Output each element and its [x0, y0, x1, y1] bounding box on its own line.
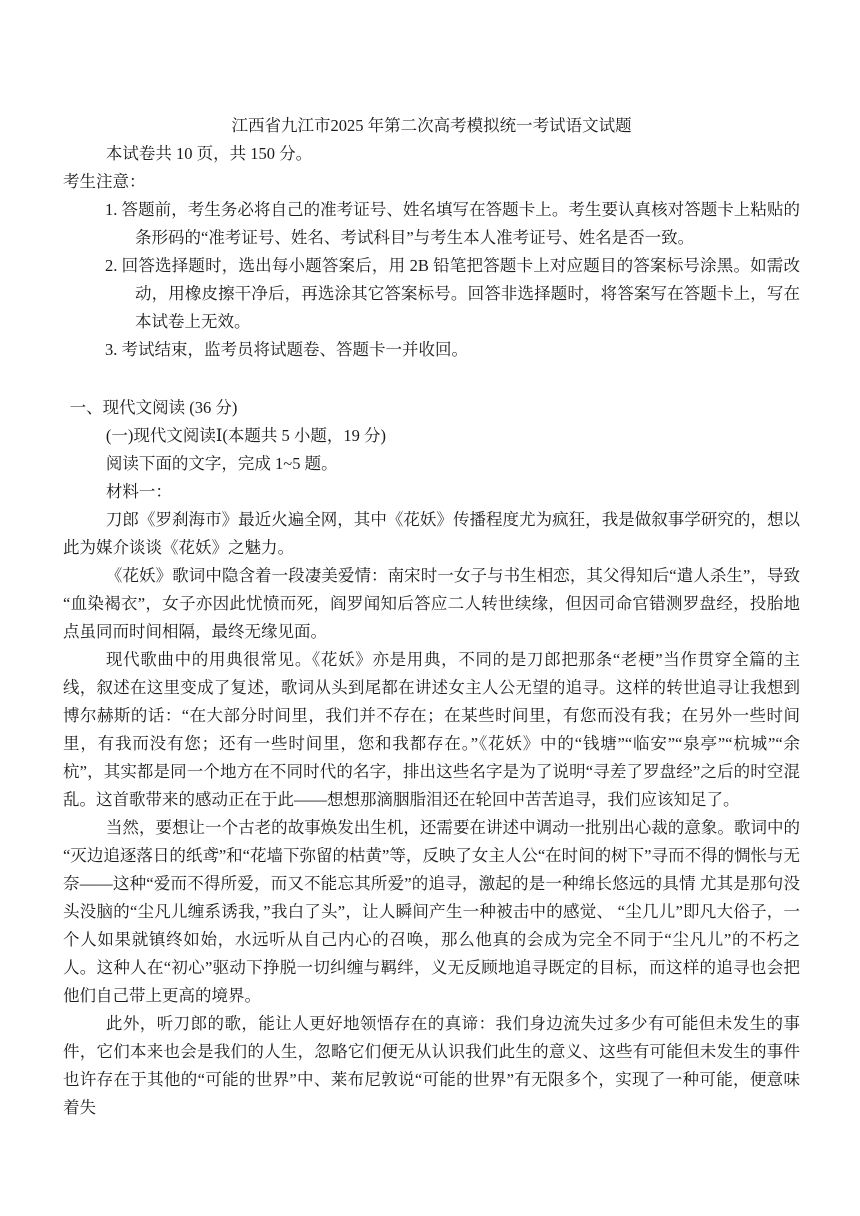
notice-item-3: 3. 考试结束，监考员将试题卷、答题卡一并收回。 [63, 336, 800, 364]
material-paragraph-3: 现代歌曲中的用典很常见。《花妖》亦是用典，不同的是刀郎把那条“老梗”当作贯穿全篇… [63, 646, 800, 814]
notice-heading: 考生注意： [63, 168, 800, 196]
subsection-heading: (一)现代文阅读Ⅰ(本题共 5 小题，19 分) [63, 422, 800, 450]
material-paragraph-2: 《花妖》歌词中隐含着一段凄美爱情：南宋时一女子与书生相恋，其父得知后“遣人杀生”… [63, 562, 800, 646]
material-paragraph-4: 当然，要想让一个古老的故事焕发出生机，还需要在讲述中调动一批别出心裁的意象。歌词… [63, 814, 800, 1010]
reading-instruction: 阅读下面的文字，完成 1~5 题。 [63, 450, 800, 478]
exam-title: 江西省九江市2025 年第二次高考模拟统一考试语文试题 [63, 112, 800, 140]
material-paragraph-5: 此外，听刀郎的歌，能让人更好地领悟存在的真谛：我们身边流失过多少有可能但未发生的… [63, 1010, 800, 1122]
page-info: 本试卷共 10 页，共 150 分。 [63, 140, 800, 168]
notice-item-2: 2. 回答选择题时，选出每小题答案后，用 2B 铅笔把答题卡上对应题目的答案标号… [63, 252, 800, 336]
exam-paper-page: 江西省九江市2025 年第二次高考模拟统一考试语文试题 本试卷共 10 页，共 … [0, 0, 860, 1216]
notice-item-1: 1. 答题前，考生务必将自己的准考证号、姓名填写在答题卡上。考生要认真核对答题卡… [63, 196, 800, 252]
section-heading: 一、现代文阅读 (36 分) [63, 394, 800, 422]
material-paragraph-1: 刀郎《罗刹海市》最近火遍全网，其中《花妖》传播程度尤为疯狂，我是做叙事学研究的，… [63, 506, 800, 562]
material-label: 材料一： [63, 478, 800, 506]
